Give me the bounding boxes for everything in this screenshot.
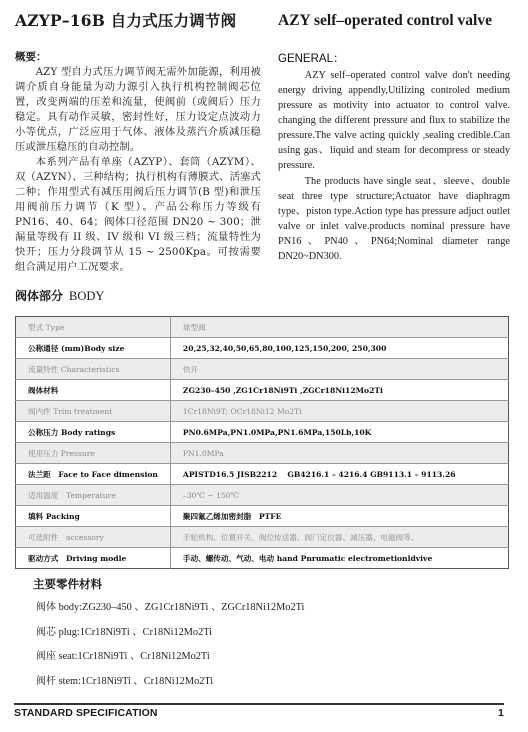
row-value: 快开 — [170, 359, 508, 380]
page-number: 1 — [498, 707, 504, 719]
parts-item-plug: 阀芯 plug:1Cr18Ni9Ti 、Cr18Ni12Mo2Ti — [36, 626, 304, 640]
row-label: 驱动方式 Driving modle — [16, 548, 171, 569]
overview-heading: 概要： — [15, 50, 261, 65]
row-value: ZG230–450 ,ZG1Cr18Ni9Ti ,ZGCr18Ni12Mo2Ti — [170, 380, 508, 401]
part-name-cn: 阀杆 — [36, 676, 56, 687]
table-row: 驱动方式 Driving modle手动、螺传动、气动、电动 hand Pnru… — [16, 548, 509, 569]
row-label: 可选附件 accessory — [16, 527, 171, 548]
overview-paragraph-2: 本系列产品有单座（AZYP）、套筒（AZYM）、双（AZYN）、三种结构；执行机… — [15, 155, 261, 275]
row-value: 聚四氟乙烯加密封脂 PTFE — [170, 506, 508, 527]
row-label: 阀内件 Trim treatment — [16, 401, 171, 422]
row-label: 填料 Packing — [16, 506, 171, 527]
row-value: 球型阀 — [170, 317, 508, 338]
row-label: 法兰距 Face to Face dimension — [16, 464, 171, 485]
table-row: 型式 Type球型阀 — [16, 317, 509, 338]
table-row: 阀体材料ZG230–450 ,ZG1Cr18Ni9Ti ,ZGCr18Ni12M… — [16, 380, 509, 401]
chinese-column: AZYP–16B 自力式压力调节阀 概要： AZY 型自力式压力调节阀无需外加能… — [15, 10, 261, 275]
page-title-cn: AZYP–16B 自力式压力调节阀 — [15, 10, 261, 32]
row-value: 手轮机构、位置开关、阀位传送器、阀门定位器、减压器、电磁阀等。 — [170, 527, 508, 548]
part-materials: body:ZG230–450 、ZG1Cr18Ni9Ti 、ZGCr18Ni12… — [56, 602, 304, 613]
body-section-heading: 阀体部分BODY — [15, 288, 104, 304]
body-heading-en: BODY — [69, 289, 104, 303]
general-paragraph-2: The products have single seat、sleeve、dou… — [278, 174, 510, 264]
row-value: –30℃ ~ 150℃ — [170, 485, 508, 506]
part-name-cn: 阀体 — [36, 602, 56, 613]
body-heading-cn: 阀体部分 — [15, 289, 63, 303]
table-row: 填料 Packing聚四氟乙烯加密封脂 PTFE — [16, 506, 509, 527]
table-row: 使用压力 PressurePN1.0MPa — [16, 443, 509, 464]
part-materials: seat:1Cr18Ni9Ti 、Cr18Ni12Mo2Ti — [56, 651, 210, 662]
table-row: 阀内件 Trim treatment1Cr18Ni9T; OCr18Ni12 M… — [16, 401, 509, 422]
row-label: 流量特性 Characteristics — [16, 359, 171, 380]
parts-item-seat: 阀座 seat:1Cr18Ni9Ti 、Cr18Ni12Mo2Ti — [36, 650, 304, 664]
parts-materials-section: 主要零件材料 阀体 body:ZG230–450 、ZG1Cr18Ni9Ti 、… — [33, 576, 304, 699]
overview-paragraph-1: AZY 型自力式压力调节阀无需外加能源，利用被调介质自身能量为动力源引入执行机构… — [15, 65, 261, 155]
parts-item-stem: 阀杆 stem:1Cr18Ni9Ti 、Cr18Ni12Mo2Ti — [36, 675, 304, 689]
part-materials: stem:1Cr18Ni9Ti 、Cr18Ni12Mo2Ti — [56, 676, 213, 687]
table-row: 法兰距 Face to Face dimensionAPISTD16.5 JIS… — [16, 464, 509, 485]
body-spec-table: 型式 Type球型阀 公称通径 (mm)Body size20,25,32,40… — [15, 316, 509, 569]
general-paragraph-1: AZY self–operated control valve don't ne… — [278, 68, 510, 173]
footer-divider — [14, 703, 504, 705]
part-materials: plug:1Cr18Ni9Ti 、Cr18Ni12Mo2Ti — [56, 627, 212, 638]
part-name-cn: 阀座 — [36, 651, 56, 662]
row-value: PN1.0MPa — [170, 443, 508, 464]
part-name-cn: 阀芯 — [36, 627, 56, 638]
row-label: 公称通径 (mm)Body size — [16, 338, 171, 359]
row-value: APISTD16.5 JISB2212 GB4216.1 – 4216.4 GB… — [170, 464, 508, 485]
row-value: 20,25,32,40,50,65,80,100,125,150,200, 25… — [170, 338, 508, 359]
table-row: 公称压力 Body ratingsPN0.6MPa,PN1.0MPa,PN1.6… — [16, 422, 509, 443]
row-label: 阀体材料 — [16, 380, 171, 401]
row-value: 手动、螺传动、气动、电动 hand Pnrumatic electrometio… — [170, 548, 508, 569]
row-value: 1Cr18Ni9T; OCr18Ni12 Mo2Ti — [170, 401, 508, 422]
table-row: 适用温度 Temperature–30℃ ~ 150℃ — [16, 485, 509, 506]
table-row: 流量特性 Characteristics快开 — [16, 359, 509, 380]
table-row: 可选附件 accessory手轮机构、位置开关、阀位传送器、阀门定位器、减压器、… — [16, 527, 509, 548]
general-heading: GENERAL： — [278, 52, 510, 67]
english-column: AZY self–operated control valve GENERAL：… — [278, 10, 510, 264]
row-label: 型式 Type — [16, 317, 171, 338]
row-label: 使用压力 Pressure — [16, 443, 171, 464]
page-title-en: AZY self–operated control valve — [278, 10, 510, 32]
footer-label: STANDARD SPECIFICATION — [14, 707, 158, 719]
row-label: 适用温度 Temperature — [16, 485, 171, 506]
parts-item-body: 阀体 body:ZG230–450 、ZG1Cr18Ni9Ti 、ZGCr18N… — [36, 601, 304, 615]
parts-heading: 主要零件材料 — [33, 576, 304, 592]
row-value: PN0.6MPa,PN1.0MPa,PN1.6MPa,150Lb,10K — [170, 422, 508, 443]
table-row: 公称通径 (mm)Body size20,25,32,40,50,65,80,1… — [16, 338, 509, 359]
row-label: 公称压力 Body ratings — [16, 422, 171, 443]
